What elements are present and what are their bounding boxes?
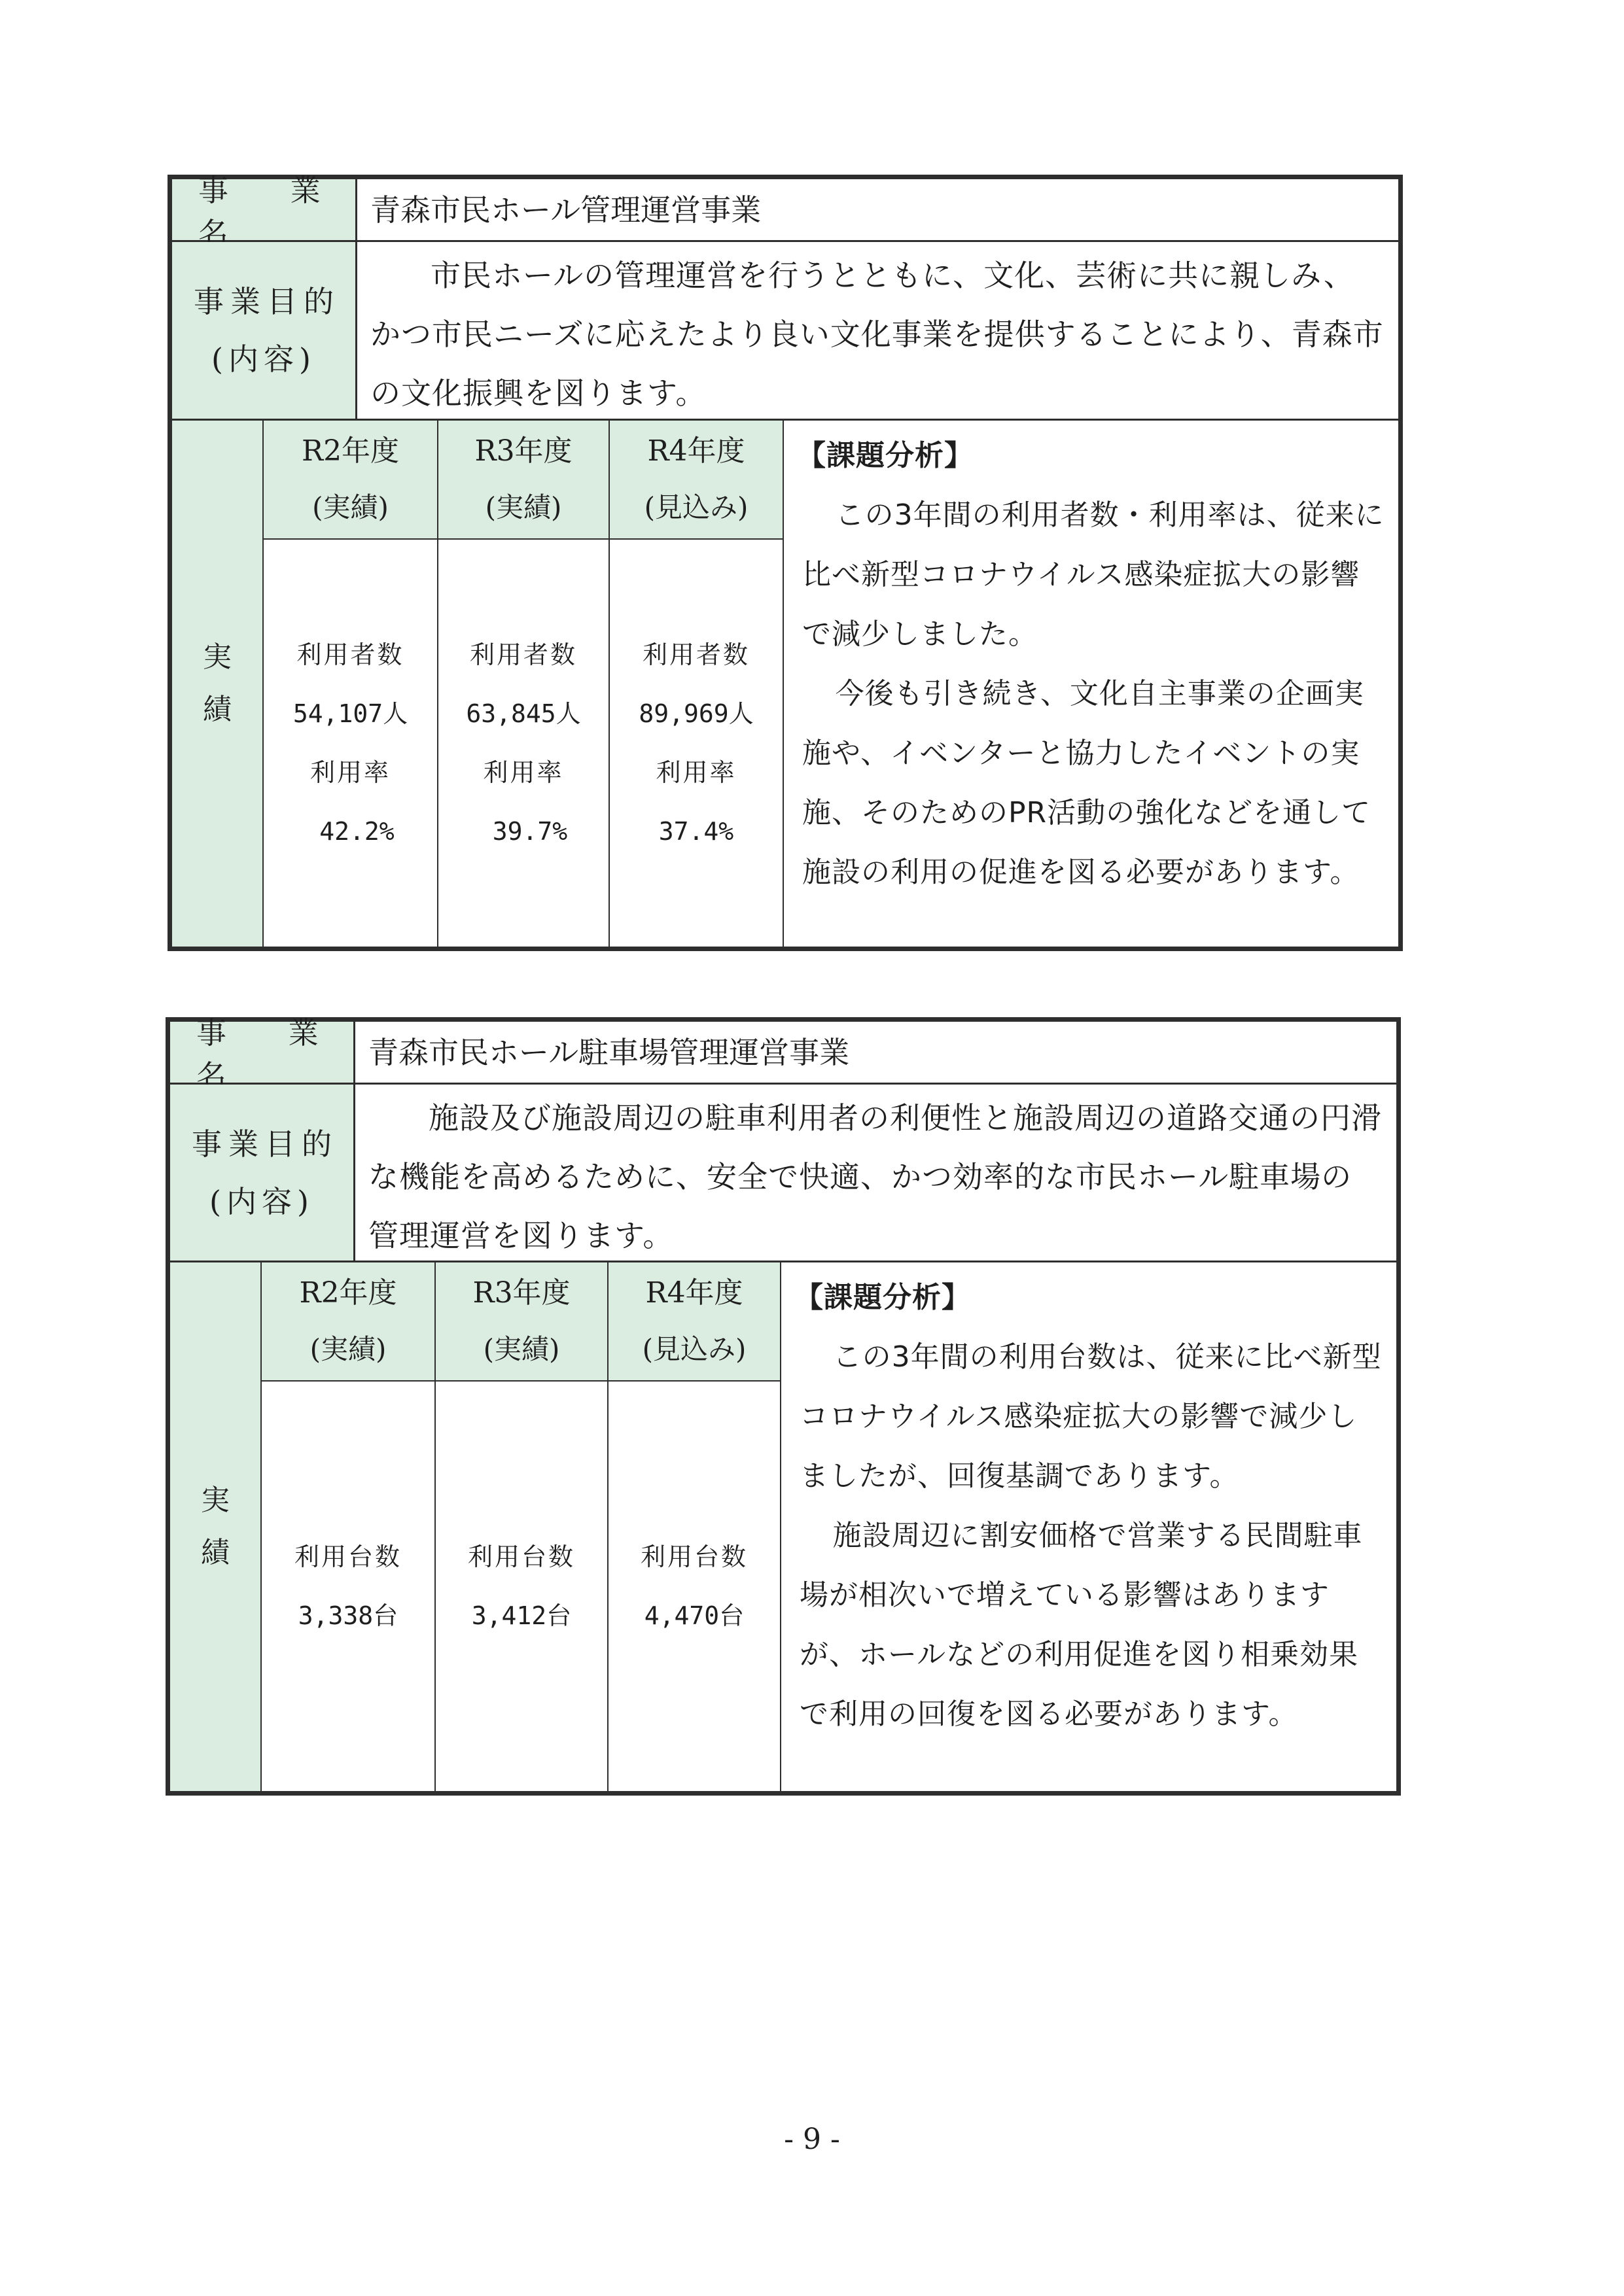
year-results: 利用台数 4,470台: [609, 1382, 780, 1791]
performance-row: 実 績 R2年度 (実績) 利用台数 3,338台 R3年度 (実績) 利用台数…: [170, 1262, 1396, 1791]
vehicles-value: 3,338台: [298, 1586, 398, 1645]
year-kind: (見込み): [644, 479, 749, 536]
performance-label-line1: 実: [203, 631, 232, 684]
year-results: 利用者数 89,969人 利用率 37.4%: [610, 540, 783, 947]
business-name-label: 事 業 名: [170, 1022, 355, 1083]
year-header: R4年度 (見込み): [610, 421, 783, 540]
year-label: R3年度: [472, 1265, 570, 1321]
performance-label-line1: 実: [201, 1474, 230, 1527]
analysis-paragraph: 今後も引き続き、文化自主事業の企画実施や、イベンターと協力したイベントの実施、そ…: [802, 664, 1385, 902]
year-column-r4: R4年度 (見込み) 利用台数 4,470台: [609, 1262, 781, 1791]
year-label: R2年度: [302, 423, 399, 479]
year-header: R3年度 (実績): [438, 421, 609, 540]
year-column-r2: R2年度 (実績) 利用台数 3,338台: [262, 1262, 436, 1791]
year-header: R2年度 (実績): [262, 1262, 434, 1382]
rate-label: 利用率: [310, 743, 391, 802]
analysis-heading: 【課題分析】: [797, 426, 1385, 485]
purpose-text: 施設及び施設周辺の駐車利用者の利便性と施設周辺の道路交通の円滑な機能を高めるため…: [355, 1085, 1396, 1261]
purpose-row: 事業目的 (内容) 施設及び施設周辺の駐車利用者の利便性と施設周辺の道路交通の円…: [170, 1085, 1396, 1262]
vehicles-label: 利用台数: [294, 1527, 402, 1586]
users-value: 54,107人: [293, 684, 408, 743]
year-label: R4年度: [647, 423, 745, 479]
business-name-row: 事 業 名 青森市民ホール管理運営事業: [172, 179, 1398, 242]
rate-label: 利用率: [483, 743, 563, 802]
performance-label: 実 績: [172, 421, 264, 947]
analysis-heading: 【課題分析】: [794, 1268, 1383, 1327]
year-label: R3年度: [474, 423, 572, 479]
vehicles-label: 利用台数: [641, 1527, 748, 1586]
year-label: R2年度: [299, 1265, 397, 1321]
issue-analysis: 【課題分析】 この3年間の利用者数・利用率は、従来に比べ新型コロナウイルス感染症…: [784, 421, 1398, 947]
users-value: 63,845人: [466, 684, 580, 743]
rate-value: 37.4%: [659, 802, 733, 861]
purpose-label: 事業目的 (内容): [172, 242, 357, 419]
year-results: 利用台数 3,412台: [436, 1382, 607, 1791]
year-kind: (実績): [310, 1321, 387, 1378]
year-label: R4年度: [645, 1265, 743, 1321]
rate-label: 利用率: [656, 743, 736, 802]
performance-row: 実 績 R2年度 (実績) 利用者数 54,107人 利用率 42.2% R3年…: [172, 421, 1398, 947]
year-results: 利用台数 3,338台: [262, 1382, 434, 1791]
purpose-label-line2: (内容): [209, 1173, 314, 1230]
analysis-paragraph: この3年間の利用者数・利用率は、従来に比べ新型コロナウイルス感染症拡大の影響で減…: [802, 485, 1385, 664]
year-column-r3: R3年度 (実績) 利用者数 63,845人 利用率 39.7%: [438, 421, 610, 947]
analysis-paragraph: この3年間の利用台数は、従来に比べ新型コロナウイルス感染症拡大の影響で減少しまし…: [800, 1327, 1383, 1506]
business-name-row: 事 業 名 青森市民ホール駐車場管理運営事業: [170, 1022, 1396, 1085]
page-number: - 9 -: [0, 2123, 1624, 2156]
purpose-row: 事業目的 (内容) 市民ホールの管理運営を行うとともに、文化、芸術に共に親しみ、…: [172, 242, 1398, 421]
year-column-r2: R2年度 (実績) 利用者数 54,107人 利用率 42.2%: [264, 421, 438, 947]
users-value: 89,969人: [639, 684, 753, 743]
year-header: R4年度 (見込み): [609, 1262, 780, 1382]
rate-value: 39.7%: [480, 802, 567, 861]
purpose-label: 事業目的 (内容): [170, 1085, 355, 1261]
issue-analysis: 【課題分析】 この3年間の利用台数は、従来に比べ新型コロナウイルス感染症拡大の影…: [781, 1262, 1396, 1791]
purpose-label-line1: 事業目的: [185, 1115, 338, 1173]
year-kind: (実績): [485, 479, 562, 536]
users-label: 利用者数: [470, 625, 577, 684]
project-table-parking: 事 業 名 青森市民ホール駐車場管理運営事業 事業目的 (内容) 施設及び施設周…: [166, 1017, 1401, 1796]
year-header: R2年度 (実績): [264, 421, 437, 540]
performance-label-line2: 績: [201, 1527, 230, 1579]
business-name-value: 青森市民ホール管理運営事業: [357, 179, 1398, 240]
business-name-value: 青森市民ホール駐車場管理運営事業: [355, 1022, 1396, 1083]
vehicles-value: 3,412台: [472, 1586, 571, 1645]
year-column-r4: R4年度 (見込み) 利用者数 89,969人 利用率 37.4%: [610, 421, 784, 947]
year-kind: (実績): [312, 479, 389, 536]
year-kind: (見込み): [643, 1321, 747, 1378]
performance-label: 実 績: [170, 1262, 262, 1791]
users-label: 利用者数: [296, 625, 404, 684]
purpose-label-line2: (内容): [211, 330, 316, 388]
performance-label-line2: 績: [203, 684, 232, 736]
year-header: R3年度 (実績): [436, 1262, 607, 1382]
rate-value: 42.2%: [306, 802, 394, 861]
purpose-text: 市民ホールの管理運営を行うとともに、文化、芸術に共に親しみ、かつ市民ニーズに応え…: [357, 242, 1398, 419]
users-label: 利用者数: [643, 625, 750, 684]
year-kind: (実績): [484, 1321, 560, 1378]
vehicles-label: 利用台数: [468, 1527, 575, 1586]
vehicles-value: 4,470台: [644, 1586, 744, 1645]
purpose-label-line1: 事業目的: [187, 273, 340, 330]
year-results: 利用者数 63,845人 利用率 39.7%: [438, 540, 609, 947]
project-table-hall: 事 業 名 青森市民ホール管理運営事業 事業目的 (内容) 市民ホールの管理運営…: [168, 175, 1403, 951]
year-column-r3: R3年度 (実績) 利用台数 3,412台: [436, 1262, 609, 1791]
year-results: 利用者数 54,107人 利用率 42.2%: [264, 540, 437, 947]
analysis-paragraph: 施設周辺に割安価格で営業する民間駐車場が相次いで増えている影響はありますが、ホー…: [800, 1506, 1383, 1744]
business-name-label: 事 業 名: [172, 179, 357, 240]
